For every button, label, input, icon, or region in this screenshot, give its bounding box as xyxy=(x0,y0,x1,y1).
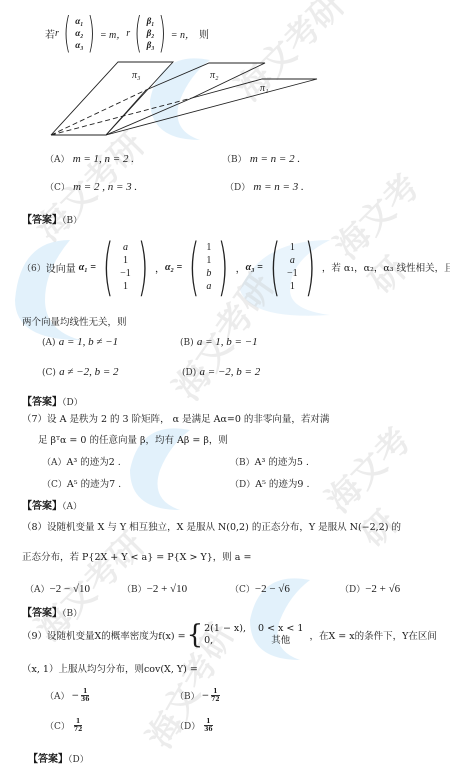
left-brace: { xyxy=(187,622,204,648)
piecewise: 2(1 − x),0 < x < 1 0,其他 xyxy=(204,623,303,647)
q8-stem-line2: 正态分布，若 P{2X + Y < a} = P{X > Y}，则 a = xyxy=(22,549,251,563)
q5-option-a[interactable]: （A） m = 1, n = 2 . xyxy=(45,152,134,165)
q7-option-d[interactable]: （D）A⁵ 的迹为9 . xyxy=(230,476,310,490)
q6-option-a[interactable]: (A) a = 1, b ≠ −1 xyxy=(42,336,118,348)
q8-option-a[interactable]: （A）−2 − √10 xyxy=(25,582,90,595)
q9-option-d[interactable]: （D） 136 xyxy=(175,718,213,733)
answer-value: （B） xyxy=(62,216,82,226)
option-label: （A） xyxy=(45,155,70,165)
q5-answer: 【答案】（B） xyxy=(22,211,82,226)
alpha2: α₂ xyxy=(75,27,83,39)
alpha3: α₃ xyxy=(75,39,83,51)
q6-answer: 【答案】（D） xyxy=(22,393,83,408)
option-text: m = n = 2 . xyxy=(250,153,300,165)
q9-answer: 【答案】（D） xyxy=(28,750,89,765)
alpha3-name: α₃ = xyxy=(246,262,263,273)
q9-stem-line1: （9）设随机变量X的概率密度为f(x) = { 2(1 − x),0 < x <… xyxy=(22,622,437,648)
q8-stem-line1: （8）设随机变量 X 与 Y 相互独立，X 是服从 N(0,2) 的正态分布，Y… xyxy=(22,519,401,533)
watermark-logo-center xyxy=(110,410,220,520)
q8-option-b[interactable]: （B）−2 + √10 xyxy=(122,582,187,595)
option-text: m = 2 , n = 3 . xyxy=(73,181,137,193)
option-text: m = 1, n = 2 . xyxy=(73,153,134,165)
q7-answer: 【答案】（A） xyxy=(22,497,82,512)
q7-option-a[interactable]: （A）A³ 的迹为2 . xyxy=(42,454,121,468)
q6-condition: ，若 α₁，α₂，α₃ 线性相关，且其中任意 xyxy=(322,260,450,274)
q5-option-d[interactable]: （D） m = n = 3 . xyxy=(225,180,304,193)
alpha3-vector: ( 1a−11 ) xyxy=(263,236,322,298)
q6-stem: （6） 设向量 α₁ = ( a1−11 ) ， α₂ = ( 11ba ) ，… xyxy=(22,236,450,298)
q8-option-c[interactable]: （C）−2 − √6 xyxy=(230,582,290,595)
beta3: β₃ xyxy=(147,39,155,51)
alpha1-name: α₁ = xyxy=(79,262,96,273)
option-label: （D） xyxy=(225,183,250,193)
q5-option-b[interactable]: （B） m = n = 2 . xyxy=(222,152,300,165)
q9-option-a[interactable]: （A） − 136 xyxy=(45,688,89,703)
q9-stem-line2: （x, 1）上服从均匀分布，则cov(X, Y) = xyxy=(22,661,198,675)
option-label: （B） xyxy=(222,155,247,165)
q8-option-d[interactable]: （D）−2 + √6 xyxy=(340,582,400,595)
beta2: β₂ xyxy=(147,27,155,39)
q5-then: 则 xyxy=(199,26,209,41)
q9-option-b[interactable]: （B） − 172 xyxy=(175,688,220,703)
beta-vector: ( β₁ β₂ β₃ ) xyxy=(130,12,171,54)
q5-eq-m: = m， xyxy=(100,26,126,41)
watermark-logo-right xyxy=(230,560,340,670)
alpha1: α₁ xyxy=(75,15,83,27)
q6-condition-2: 两个向量均线性无关，则 xyxy=(22,314,127,328)
alpha1-vector: ( a1−11 ) xyxy=(96,236,155,298)
q5-prefix: 若 xyxy=(45,26,55,41)
alpha2-vector: ( 11ba ) xyxy=(182,236,235,298)
option-text: m = n = 3 . xyxy=(253,181,303,193)
q7-stem-line2: 足 βᵀα = 0 的任意向量 β，均有 Aβ = β，则 xyxy=(38,432,228,446)
q9-option-c[interactable]: （C） 172 xyxy=(45,718,82,733)
planes-figure: π₃ π₂ π₁ xyxy=(0,55,330,145)
q5-option-c[interactable]: （C） m = 2 , n = 3 . xyxy=(45,180,137,193)
alpha-vector: ( α₁ α₂ α₃ ) xyxy=(59,12,100,54)
q6-option-b[interactable]: (B) a = 1, b = −1 xyxy=(180,336,258,348)
q7-option-c[interactable]: （C）A⁵ 的迹为7 . xyxy=(42,476,121,490)
q7-option-b[interactable]: （B）A³ 的迹为5 . xyxy=(230,454,309,468)
q6-option-c[interactable]: (C) a ≠ −2, b = 2 xyxy=(42,366,119,378)
pi2-label: π₂ xyxy=(210,70,219,81)
question-number: （6） xyxy=(22,261,46,274)
beta1: β₁ xyxy=(147,15,155,27)
option-label: （C） xyxy=(45,183,70,193)
q7-stem-line1: （7）设 A 是秩为 2 的 3 阶矩阵， α 是满足 Aα=0 的非零向量，若… xyxy=(22,411,329,425)
pi1-label: π₁ xyxy=(260,83,269,94)
q6-intro: 设向量 xyxy=(46,260,76,275)
q5-eq-n: = n， xyxy=(171,26,195,41)
q5-condition-line: 若 r ( α₁ α₂ α₃ ) = m， r ( β₁ β₂ β₃ ) = n… xyxy=(45,12,209,54)
q6-option-d[interactable]: (D) a = −2, b = 2 xyxy=(182,366,260,378)
answer-tag: 【答案】 xyxy=(22,215,62,226)
q8-answer: 【答案】（B） xyxy=(22,604,82,619)
pi3-label: π₃ xyxy=(132,70,141,81)
alpha2-name: α₂ = xyxy=(165,262,182,273)
